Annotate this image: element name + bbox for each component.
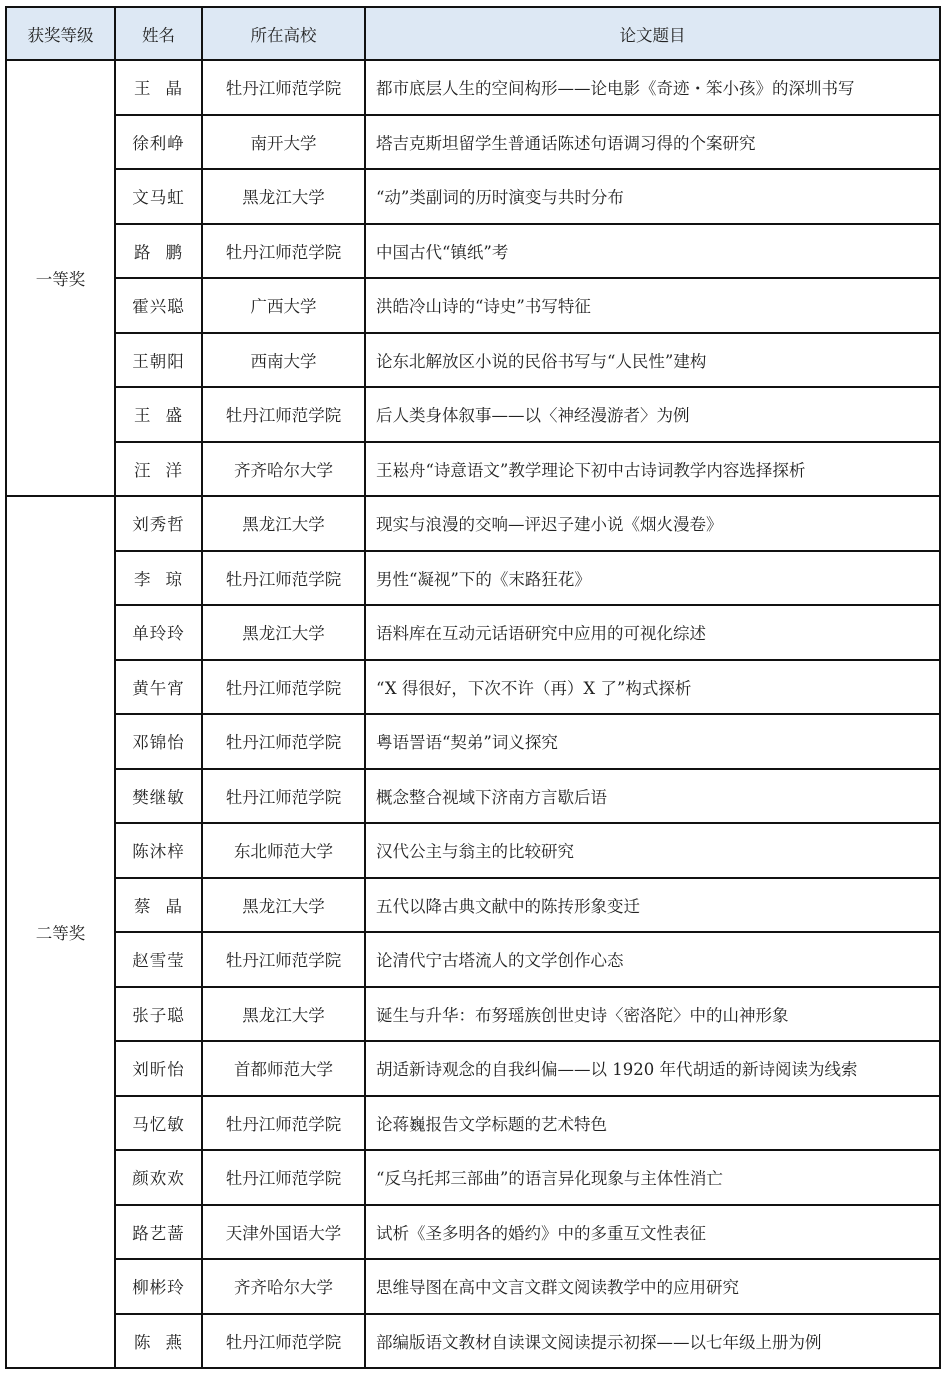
school-cell: 天津外国语大学 — [202, 1205, 365, 1260]
school-cell: 东北师范大学 — [202, 823, 365, 878]
table-row: 黄午宵牡丹江师范学院“X 得很好，下次不许（再）X 了”构式探析 — [6, 660, 940, 715]
paper-title-cell: “反乌托邦三部曲”的语言异化现象与主体性消亡 — [365, 1150, 940, 1205]
paper-title-cell: 部编版语文教材自读课文阅读提示初探——以七年级上册为例 — [365, 1314, 940, 1369]
school-cell: 牡丹江师范学院 — [202, 551, 365, 606]
name-part: 路 — [134, 239, 152, 263]
name-cell: 刘秀哲 — [115, 496, 202, 551]
name-part: 蔡 — [134, 893, 152, 917]
award-level-cell: 二等奖 — [6, 496, 115, 1368]
school-cell: 牡丹江师范学院 — [202, 387, 365, 442]
name-part: 李 — [134, 566, 152, 590]
name-cell: 樊继敏 — [115, 769, 202, 824]
name-part: 王 — [134, 402, 152, 426]
paper-title-cell: 中国古代“镇纸”考 — [365, 224, 940, 279]
name-cell: 马忆敏 — [115, 1096, 202, 1151]
table-row: 路鹏牡丹江师范学院中国古代“镇纸”考 — [6, 224, 940, 279]
name-part: 陈 — [134, 1329, 152, 1353]
name-cell: 单玲玲 — [115, 605, 202, 660]
name-part: 文马虹 — [132, 184, 185, 208]
table-row: 樊继敏牡丹江师范学院概念整合视域下济南方言歇后语 — [6, 769, 940, 824]
paper-title-cell: 论清代宁古塔流人的文学创作心态 — [365, 932, 940, 987]
award-list-table: 获奖等级 姓名 所在高校 论文题目 一等奖王晶牡丹江师范学院都市底层人生的空间构… — [5, 6, 941, 1369]
school-cell: 牡丹江师范学院 — [202, 714, 365, 769]
name-cell: 文马虹 — [115, 169, 202, 224]
paper-title-cell: 五代以降古典文献中的陈抟形象变迁 — [365, 878, 940, 933]
school-cell: 牡丹江师范学院 — [202, 224, 365, 279]
name-cell: 张子聪 — [115, 987, 202, 1042]
name-cell: 黄午宵 — [115, 660, 202, 715]
school-cell: 牡丹江师范学院 — [202, 1150, 365, 1205]
table-row: 汪洋齐齐哈尔大学王崧舟“诗意语文”教学理论下初中古诗词教学内容选择探析 — [6, 442, 940, 497]
table-header: 获奖等级 姓名 所在高校 论文题目 — [6, 7, 940, 60]
table-row: 王朝阳西南大学论东北解放区小说的民俗书写与“人民性”建构 — [6, 333, 940, 388]
school-cell: 黑龙江大学 — [202, 169, 365, 224]
name-part: 樊继敏 — [132, 784, 185, 808]
table-row: 霍兴聪广西大学洪皓冷山诗的“诗史”书写特征 — [6, 278, 940, 333]
name-part: 邓锦怡 — [132, 729, 185, 753]
paper-title-cell: 论蒋巍报告文学标题的艺术特色 — [365, 1096, 940, 1151]
name-part: 张子聪 — [132, 1002, 185, 1026]
school-cell: 牡丹江师范学院 — [202, 60, 365, 115]
name-part: 燕 — [166, 1329, 184, 1353]
name-part: 颜欢欢 — [132, 1165, 185, 1189]
school-cell: 牡丹江师范学院 — [202, 1314, 365, 1369]
paper-title-cell: 后人类身体叙事——以〈神经漫游者〉为例 — [365, 387, 940, 442]
school-cell: 黑龙江大学 — [202, 878, 365, 933]
name-cell: 蔡晶 — [115, 878, 202, 933]
table-row: 赵雪莹牡丹江师范学院论清代宁古塔流人的文学创作心态 — [6, 932, 940, 987]
name-part: 赵雪莹 — [132, 947, 185, 971]
name-part: 琼 — [166, 566, 184, 590]
header-row: 获奖等级 姓名 所在高校 论文题目 — [6, 7, 940, 60]
table-row: 邓锦怡牡丹江师范学院粤语詈语“契弟”词义探究 — [6, 714, 940, 769]
paper-title-cell: 现实与浪漫的交响—评迟子建小说《烟火漫卷》 — [365, 496, 940, 551]
table-row: 李琼牡丹江师范学院男性“凝视”下的《末路狂花》 — [6, 551, 940, 606]
name-part: 洋 — [166, 457, 184, 481]
name-part: 王 — [134, 75, 152, 99]
name-cell: 王晶 — [115, 60, 202, 115]
paper-title-cell: 粤语詈语“契弟”词义探究 — [365, 714, 940, 769]
paper-title-cell: 洪皓冷山诗的“诗史”书写特征 — [365, 278, 940, 333]
name-cell: 赵雪莹 — [115, 932, 202, 987]
school-cell: 西南大学 — [202, 333, 365, 388]
school-cell: 牡丹江师范学院 — [202, 660, 365, 715]
school-cell: 牡丹江师范学院 — [202, 769, 365, 824]
name-cell: 刘昕怡 — [115, 1041, 202, 1096]
name-part: 盛 — [166, 402, 184, 426]
school-cell: 齐齐哈尔大学 — [202, 442, 365, 497]
name-cell: 柳彬玲 — [115, 1259, 202, 1314]
school-cell: 首都师范大学 — [202, 1041, 365, 1096]
paper-title-cell: 试析《圣多明各的婚约》中的多重互文性表征 — [365, 1205, 940, 1260]
name-cell: 王朝阳 — [115, 333, 202, 388]
paper-title-cell: “X 得很好，下次不许（再）X 了”构式探析 — [365, 660, 940, 715]
school-cell: 齐齐哈尔大学 — [202, 1259, 365, 1314]
name-part: 马忆敏 — [132, 1111, 185, 1135]
table-row: 一等奖王晶牡丹江师范学院都市底层人生的空间构形——论电影《奇迹・笨小孩》的深圳书… — [6, 60, 940, 115]
name-part: 晶 — [166, 893, 184, 917]
paper-title-cell: “动”类副词的历时演变与共时分布 — [365, 169, 940, 224]
name-part: 霍兴聪 — [132, 293, 185, 317]
school-cell: 牡丹江师范学院 — [202, 932, 365, 987]
table-row: 张子聪黑龙江大学诞生与升华：布努瑶族创世史诗〈密洛陀〉中的山神形象 — [6, 987, 940, 1042]
table-row: 马忆敏牡丹江师范学院论蒋巍报告文学标题的艺术特色 — [6, 1096, 940, 1151]
table-row: 蔡晶黑龙江大学五代以降古典文献中的陈抟形象变迁 — [6, 878, 940, 933]
school-cell: 黑龙江大学 — [202, 496, 365, 551]
paper-title-cell: 男性“凝视”下的《末路狂花》 — [365, 551, 940, 606]
paper-title-cell: 论东北解放区小说的民俗书写与“人民性”建构 — [365, 333, 940, 388]
table-row: 陈沐梓东北师范大学汉代公主与翁主的比较研究 — [6, 823, 940, 878]
table-row: 柳彬玲齐齐哈尔大学思维导图在高中文言文群文阅读教学中的应用研究 — [6, 1259, 940, 1314]
name-cell: 路鹏 — [115, 224, 202, 279]
name-part: 路艺蔷 — [132, 1220, 185, 1244]
table-body: 一等奖王晶牡丹江师范学院都市底层人生的空间构形——论电影《奇迹・笨小孩》的深圳书… — [6, 60, 940, 1368]
name-part: 王朝阳 — [132, 348, 185, 372]
name-part: 陈沐梓 — [132, 838, 185, 862]
name-cell: 陈沐梓 — [115, 823, 202, 878]
header-school: 所在高校 — [202, 7, 365, 60]
school-cell: 南开大学 — [202, 115, 365, 170]
name-part: 刘秀哲 — [132, 511, 185, 535]
header-paper-title: 论文题目 — [365, 7, 940, 60]
header-name: 姓名 — [115, 7, 202, 60]
award-level-cell: 一等奖 — [6, 60, 115, 496]
paper-title-cell: 王崧舟“诗意语文”教学理论下初中古诗词教学内容选择探析 — [365, 442, 940, 497]
paper-title-cell: 都市底层人生的空间构形——论电影《奇迹・笨小孩》的深圳书写 — [365, 60, 940, 115]
name-part: 汪 — [134, 457, 152, 481]
name-cell: 王盛 — [115, 387, 202, 442]
school-cell: 黑龙江大学 — [202, 987, 365, 1042]
paper-title-cell: 塔吉克斯坦留学生普通话陈述句语调习得的个案研究 — [365, 115, 940, 170]
name-cell: 邓锦怡 — [115, 714, 202, 769]
table-row: 刘昕怡首都师范大学胡适新诗观念的自我纠偏——以 1920 年代胡适的新诗阅读为线… — [6, 1041, 940, 1096]
paper-title-cell: 概念整合视域下济南方言歇后语 — [365, 769, 940, 824]
table-row: 王盛牡丹江师范学院后人类身体叙事——以〈神经漫游者〉为例 — [6, 387, 940, 442]
table-row: 徐利峥南开大学塔吉克斯坦留学生普通话陈述句语调习得的个案研究 — [6, 115, 940, 170]
table-row: 单玲玲黑龙江大学语料库在互动元话语研究中应用的可视化综述 — [6, 605, 940, 660]
name-part: 徐利峥 — [132, 130, 185, 154]
paper-title-cell: 语料库在互动元话语研究中应用的可视化综述 — [365, 605, 940, 660]
name-cell: 徐利峥 — [115, 115, 202, 170]
paper-title-cell: 诞生与升华：布努瑶族创世史诗〈密洛陀〉中的山神形象 — [365, 987, 940, 1042]
table-row: 二等奖刘秀哲黑龙江大学现实与浪漫的交响—评迟子建小说《烟火漫卷》 — [6, 496, 940, 551]
school-cell: 黑龙江大学 — [202, 605, 365, 660]
paper-title-cell: 思维导图在高中文言文群文阅读教学中的应用研究 — [365, 1259, 940, 1314]
name-cell: 汪洋 — [115, 442, 202, 497]
school-cell: 广西大学 — [202, 278, 365, 333]
header-award-level: 获奖等级 — [6, 7, 115, 60]
name-part: 单玲玲 — [132, 620, 185, 644]
name-cell: 陈燕 — [115, 1314, 202, 1369]
name-cell: 颜欢欢 — [115, 1150, 202, 1205]
name-part: 晶 — [166, 75, 184, 99]
table-row: 陈燕牡丹江师范学院部编版语文教材自读课文阅读提示初探——以七年级上册为例 — [6, 1314, 940, 1369]
name-part: 刘昕怡 — [132, 1056, 185, 1080]
name-part: 黄午宵 — [132, 675, 185, 699]
school-cell: 牡丹江师范学院 — [202, 1096, 365, 1151]
table-row: 文马虹黑龙江大学“动”类副词的历时演变与共时分布 — [6, 169, 940, 224]
name-cell: 李琼 — [115, 551, 202, 606]
name-cell: 霍兴聪 — [115, 278, 202, 333]
table-row: 颜欢欢牡丹江师范学院“反乌托邦三部曲”的语言异化现象与主体性消亡 — [6, 1150, 940, 1205]
name-part: 柳彬玲 — [132, 1274, 185, 1298]
table-row: 路艺蔷天津外国语大学试析《圣多明各的婚约》中的多重互文性表征 — [6, 1205, 940, 1260]
name-part: 鹏 — [166, 239, 184, 263]
name-cell: 路艺蔷 — [115, 1205, 202, 1260]
paper-title-cell: 汉代公主与翁主的比较研究 — [365, 823, 940, 878]
paper-title-cell: 胡适新诗观念的自我纠偏——以 1920 年代胡适的新诗阅读为线索 — [365, 1041, 940, 1096]
